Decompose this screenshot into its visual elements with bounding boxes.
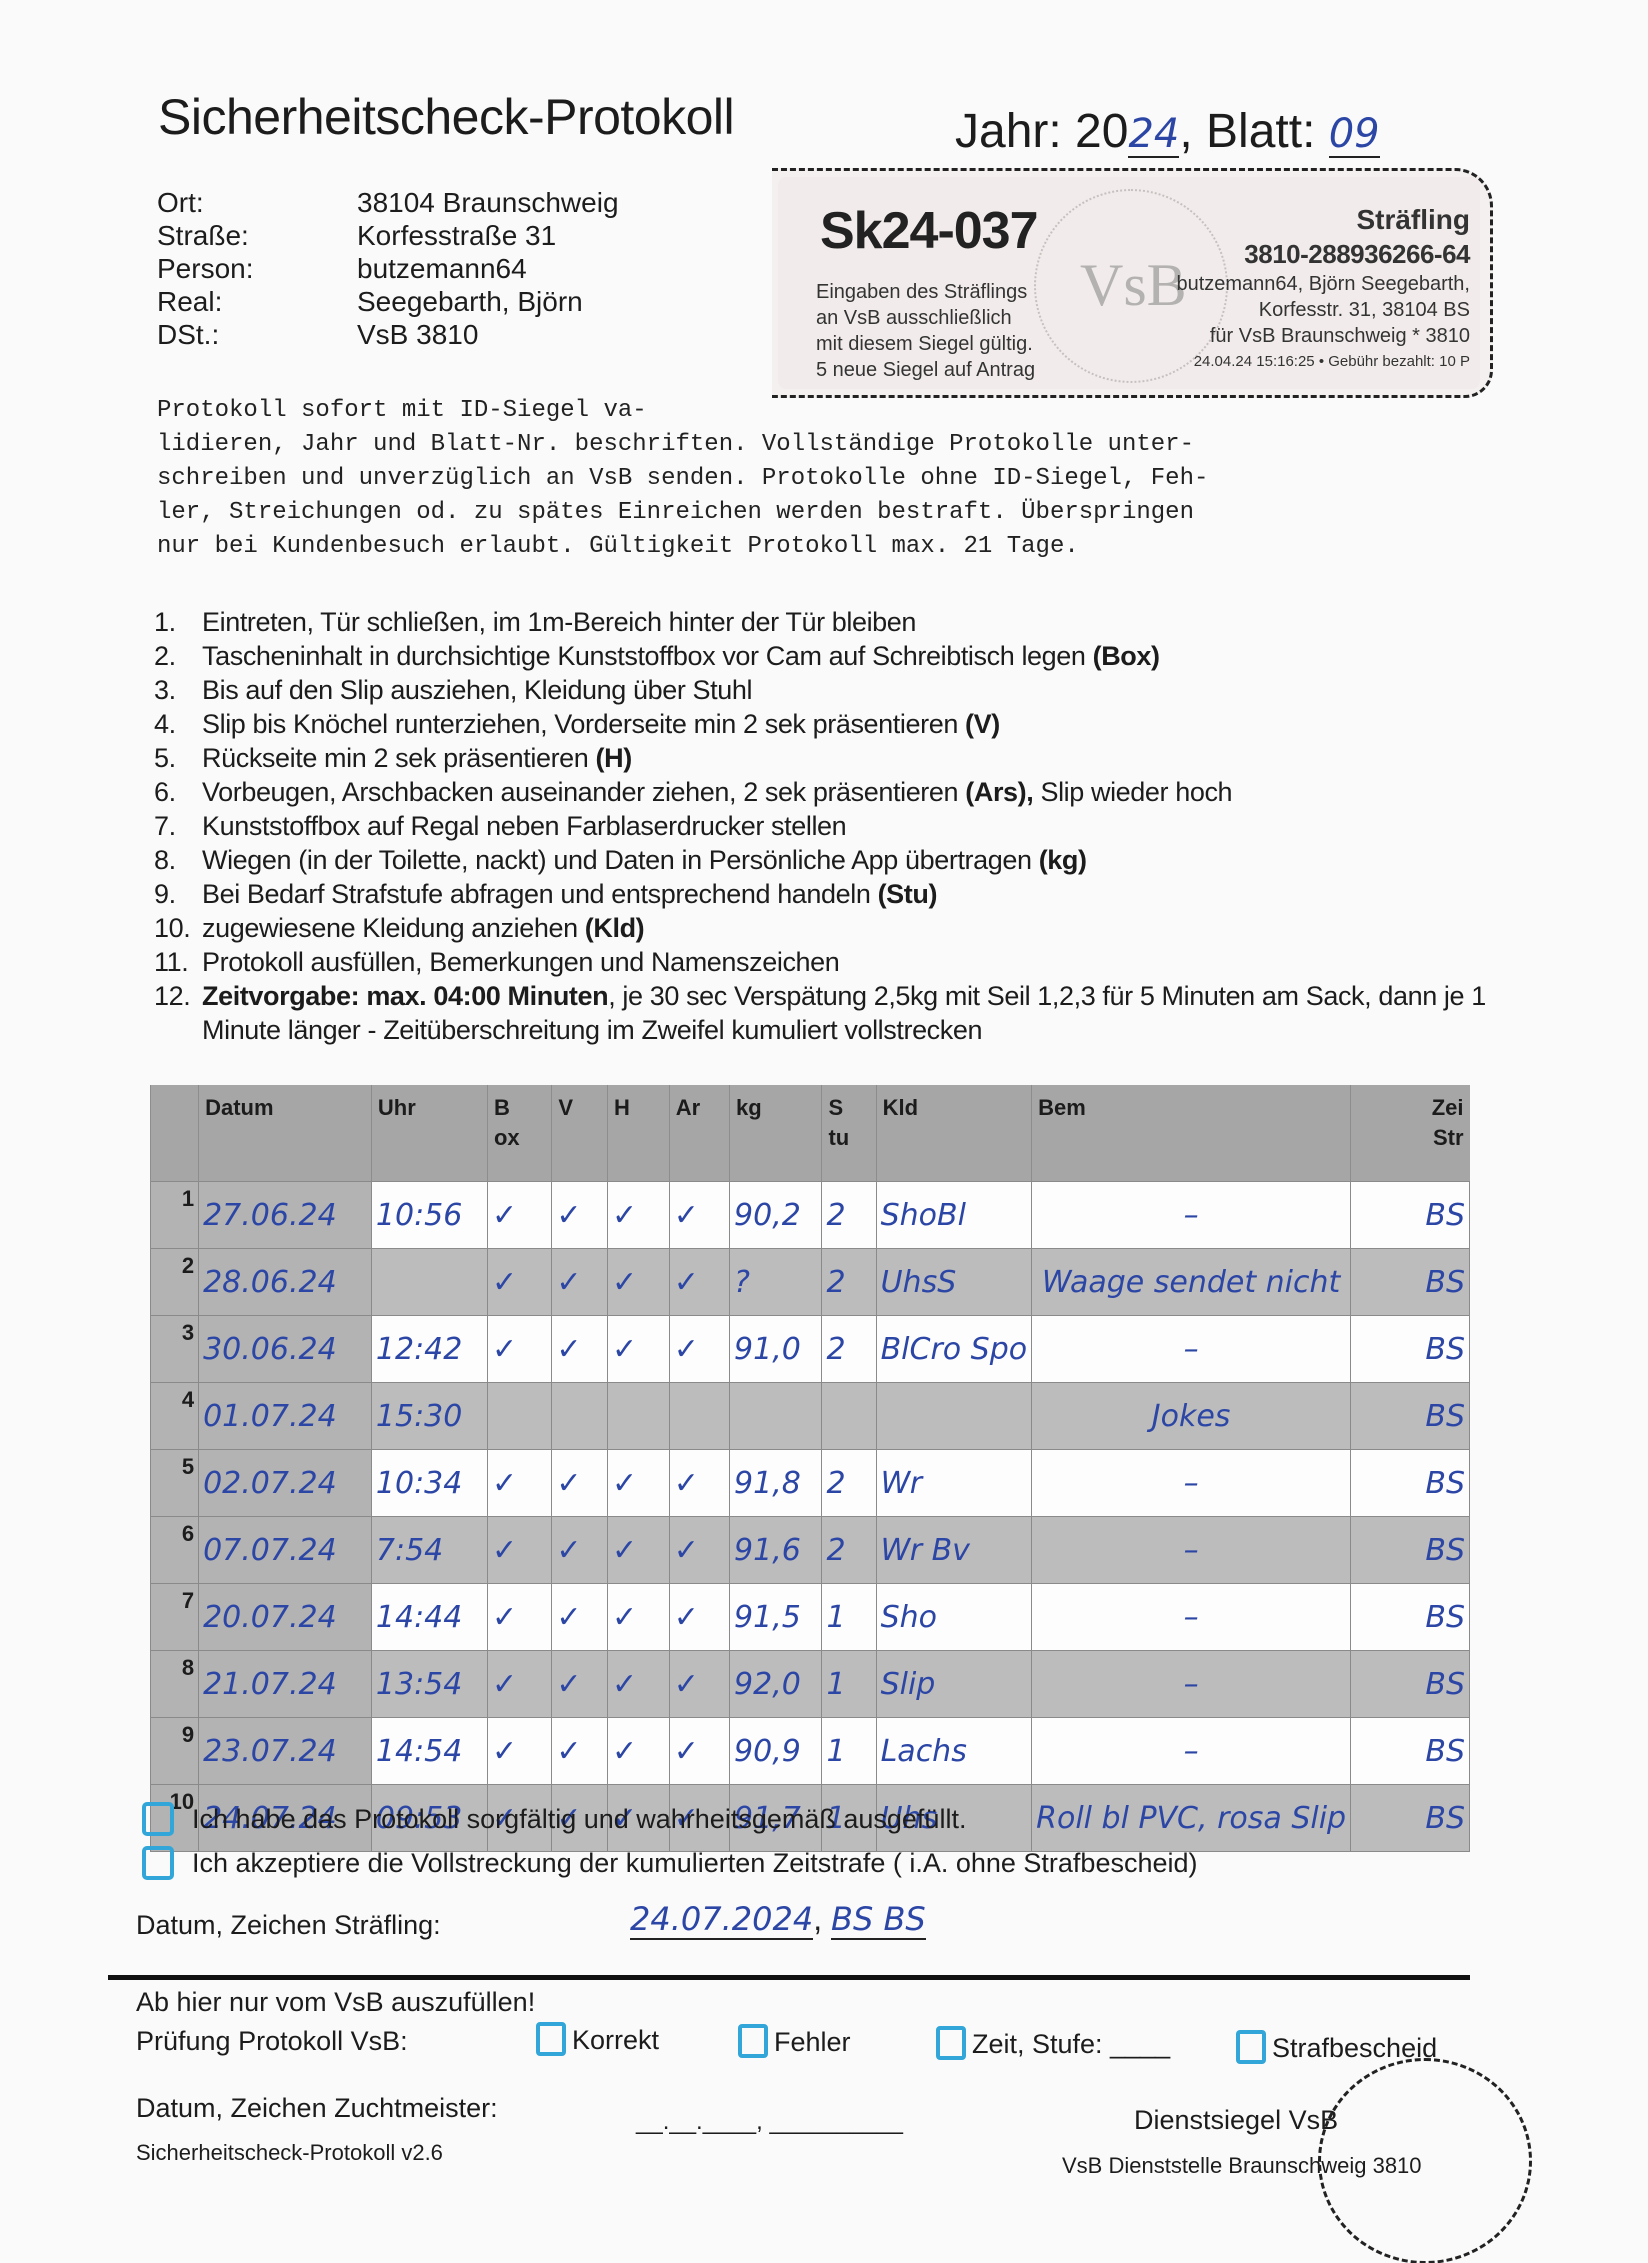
step-item: 2.Tascheninhalt in durchsichtige Kunstst… [154,639,1494,673]
handwritten-kld: Lachs [881,1734,967,1769]
info-row: Person:butzemann64 [157,252,619,285]
handwritten-v: ✓ [556,1332,581,1367]
confirm-checkbox-2[interactable]: Ich akzeptiere die Vollstreckung der kum… [142,1846,1198,1880]
handwritten-bem: – [1184,1466,1199,1501]
cell-ar[interactable]: ✓ [669,1651,729,1718]
handwritten-zei: BS [1425,1734,1465,1769]
handwritten-v: ✓ [556,1265,581,1300]
step-item: 12.Zeitvorgabe: max. 04:00 Minuten, je 3… [154,979,1494,1047]
handwritten-box: ✓ [492,1533,517,1568]
step-item: 6.Vorbeugen, Arschbacken auseinander zie… [154,775,1494,809]
cell-h[interactable]: ✓ [608,1182,670,1249]
info-value: VsB 3810 [357,318,478,351]
column-header: H [608,1085,670,1182]
step-text: Protokoll ausfüllen, Bemerkungen und Nam… [202,945,839,979]
cell-bem[interactable]: – [1032,1584,1351,1651]
handwritten-ar: ✓ [674,1198,699,1233]
column-header: V [552,1085,608,1182]
cell-uhr[interactable]: 7:54 [371,1517,487,1584]
handwritten-kg: 90,9 [734,1734,801,1769]
info-value: butzemann64 [357,252,527,285]
cell-kld[interactable]: Sho [876,1584,1032,1651]
handwritten-datum: 23.07.24 [203,1734,337,1769]
step-bold: Zeitvorgabe: max. 04:00 Minuten [202,981,608,1011]
handwritten-bem: – [1184,1198,1199,1233]
person-info: Ort:38104 BraunschweigStraße:Korfesstraß… [157,186,619,351]
cell-zei[interactable]: BS [1351,1182,1470,1249]
cell-datum[interactable]: 28.06.24 [199,1249,372,1316]
handwritten-kld: BlCro Spo [881,1332,1028,1367]
cell-h[interactable]: ✓ [608,1316,670,1383]
step-text: Wiegen (in der Toilette, nackt) und Date… [202,843,1087,877]
cell-uhr[interactable]: 10:56 [371,1182,487,1249]
handwritten-box: ✓ [492,1265,517,1300]
cell-kld[interactable]: Slip [876,1651,1032,1718]
cell-stu[interactable]: 2 [822,1517,876,1584]
step-text: Rückseite min 2 sek präsentieren (H) [202,741,632,775]
cell-box[interactable]: ✓ [487,1517,551,1584]
step-code: (H) [596,743,632,773]
step-item: 11.Protokoll ausfüllen, Bemerkungen und … [154,945,1494,979]
step-number: 10. [154,911,202,945]
cell-zei[interactable]: BS [1351,1718,1470,1785]
step-text: Slip bis Knöchel runterziehen, Vordersei… [202,707,1000,741]
step-item: 10.zugewiesene Kleidung anziehen (Kld) [154,911,1494,945]
info-row: DSt.:VsB 3810 [157,318,619,351]
seal-line: an VsB ausschließlich [816,305,1035,331]
step-item: 9.Bei Bedarf Strafstufe abfragen und ent… [154,877,1494,911]
cell-h[interactable]: ✓ [608,1517,670,1584]
confirm-checkbox-1[interactable]: Ich habe das Protokoll sorgfältig und wa… [142,1802,966,1836]
handwritten-uhr: 14:54 [376,1734,462,1769]
cell-zei[interactable]: BS [1351,1785,1470,1852]
checkbox-icon[interactable] [142,1846,174,1880]
table-row: 330.06.2412:42✓✓✓✓91,02BlCro Spo–BS [151,1316,1470,1383]
cell-ar[interactable]: ✓ [669,1718,729,1785]
cell-zei[interactable]: BS [1351,1316,1470,1383]
handwritten-zei: BS [1425,1533,1465,1568]
handwritten-datum: 07.07.24 [203,1533,337,1568]
cell-kld[interactable]: Wr Bv [876,1517,1032,1584]
handwritten-kld: ShoBl [881,1198,966,1233]
handwritten-v: ✓ [556,1466,581,1501]
seal-line: für VsB Braunschweig * 3810 [1176,323,1470,349]
cell-h[interactable]: ✓ [608,1584,670,1651]
version-label: Sicherheitscheck-Protokoll v2.6 [136,2140,443,2166]
cell-uhr[interactable]: 12:42 [371,1316,487,1383]
cell-box[interactable] [487,1383,551,1450]
handwritten-h: ✓ [612,1265,637,1300]
seal-line: mit diesem Siegel gültig. [816,331,1035,357]
cell-kg[interactable] [730,1383,822,1450]
cell-ar[interactable]: ✓ [669,1182,729,1249]
step-number: 6. [154,775,202,809]
cell-kg[interactable]: 90,2 [730,1182,822,1249]
handwritten-uhr: 14:44 [376,1600,462,1635]
cell-h[interactable]: ✓ [608,1249,670,1316]
handwritten-kld: Slip [881,1667,936,1702]
checkbox-icon[interactable] [936,2026,966,2060]
handwritten-h: ✓ [612,1332,637,1367]
step-code: (kg) [1039,845,1087,875]
row-number: 4 [151,1383,199,1450]
column-header: Kld [876,1085,1032,1182]
cell-h[interactable]: ✓ [608,1651,670,1718]
row-number: 9 [151,1718,199,1785]
handwritten-ar: ✓ [674,1667,699,1702]
handwritten-kg: 92,0 [734,1667,801,1702]
cell-datum[interactable]: 21.07.24 [199,1651,372,1718]
cell-zei[interactable]: BS [1351,1249,1470,1316]
cell-stu[interactable]: 1 [822,1651,876,1718]
step-text: zugewiesene Kleidung anziehen (Kld) [202,911,644,945]
handwritten-zei: BS [1425,1466,1465,1501]
cell-h[interactable]: ✓ [608,1718,670,1785]
info-label: Person: [157,252,357,285]
blatt-field[interactable]: 09 [1329,108,1380,158]
option-zeit-stufe[interactable]: Zeit, Stufe: ____ [936,2026,1170,2060]
row-number: 7 [151,1584,199,1651]
row-number: 3 [151,1316,199,1383]
cell-v[interactable]: ✓ [552,1517,608,1584]
cell-ar[interactable]: ✓ [669,1249,729,1316]
step-number: 12. [154,979,202,1047]
id-seal-sticker: VsB Sk24-037 Eingaben des Sträflingsan V… [772,168,1493,398]
handwritten-h: ✓ [612,1600,637,1635]
info-label: Straße: [157,219,357,252]
row-number: 2 [151,1249,199,1316]
section-divider [108,1975,1470,1980]
handwritten-uhr: 7:54 [376,1533,443,1568]
handwritten-stu: 2 [826,1332,845,1367]
cell-kg[interactable]: 91,8 [730,1450,822,1517]
cell-kg[interactable]: ? [730,1249,822,1316]
cell-datum[interactable]: 27.06.24 [199,1182,372,1249]
handwritten-box: ✓ [492,1466,517,1501]
step-item: 7.Kunststoffbox auf Regal neben Farblase… [154,809,1494,843]
cell-stu[interactable]: 1 [822,1584,876,1651]
cell-v[interactable]: ✓ [552,1182,608,1249]
step-item: 4.Slip bis Knöchel runterziehen, Vorders… [154,707,1494,741]
cell-uhr[interactable]: 14:44 [371,1584,487,1651]
info-label: Ort: [157,186,357,219]
handwritten-datum: 28.06.24 [203,1265,337,1300]
cell-uhr[interactable]: 15:30 [371,1383,487,1450]
cell-box[interactable]: ✓ [487,1249,551,1316]
handwritten-v: ✓ [556,1734,581,1769]
seal-line: Eingaben des Sträflings [816,279,1035,305]
row-number: 8 [151,1651,199,1718]
handwritten-v: ✓ [556,1198,581,1233]
cell-kld[interactable]: ShoBl [876,1182,1032,1249]
handwritten-v: ✓ [556,1533,581,1568]
cell-datum[interactable]: 07.07.24 [199,1517,372,1584]
handwritten-ar: ✓ [674,1265,699,1300]
handwritten-kg: ? [734,1265,750,1300]
cell-box[interactable]: ✓ [487,1584,551,1651]
step-code: (Kld) [585,913,644,943]
cell-v[interactable] [552,1383,608,1450]
handwritten-h: ✓ [612,1734,637,1769]
step-number: 1. [154,605,202,639]
handwritten-v: ✓ [556,1667,581,1702]
cell-uhr[interactable]: 13:54 [371,1651,487,1718]
cell-kg[interactable]: 92,0 [730,1651,822,1718]
handwritten-stu: 1 [826,1600,845,1635]
cell-ar[interactable]: ✓ [669,1517,729,1584]
step-number: 11. [154,945,202,979]
column-header: Box [487,1085,551,1182]
cell-bem[interactable]: Waage sendet nicht [1032,1249,1351,1316]
column-header: Ar [669,1085,729,1182]
cell-v[interactable]: ✓ [552,1316,608,1383]
step-text: Vorbeugen, Arschbacken auseinander ziehe… [202,775,1232,809]
handwritten-h: ✓ [612,1466,637,1501]
table-row: 821.07.2413:54✓✓✓✓92,01Slip–BS [151,1651,1470,1718]
step-number: 7. [154,809,202,843]
handwritten-h: ✓ [612,1533,637,1568]
handwritten-bem: – [1184,1734,1199,1769]
cell-kld[interactable]: Wr [876,1450,1032,1517]
cell-kld[interactable]: BlCro Spo [876,1316,1032,1383]
cell-bem[interactable]: – [1032,1450,1351,1517]
cell-zei[interactable]: BS [1351,1584,1470,1651]
info-row: Ort:38104 Braunschweig [157,186,619,219]
jahr-field[interactable]: 24 [1128,108,1179,158]
handwritten-box: ✓ [492,1667,517,1702]
handwritten-box: ✓ [492,1600,517,1635]
cell-kg[interactable]: 91,0 [730,1316,822,1383]
info-label: DSt.: [157,318,357,351]
cell-kld[interactable]: Lachs [876,1718,1032,1785]
handwritten-datum: 21.07.24 [203,1667,337,1702]
handwritten-kg: 91,8 [734,1466,801,1501]
info-value: Seegebarth, Björn [357,285,583,318]
handwritten-datum: 30.06.24 [203,1332,337,1367]
step-number: 3. [154,673,202,707]
step-number: 8. [154,843,202,877]
step-item: 8.Wiegen (in der Toilette, nackt) und Da… [154,843,1494,877]
step-item: 1.Eintreten, Tür schließen, im 1m-Bereic… [154,605,1494,639]
handwritten-uhr: 10:56 [376,1198,462,1233]
handwritten-datum: 02.07.24 [203,1466,337,1501]
checkbox-icon[interactable] [1236,2030,1266,2064]
handwritten-kld: Sho [881,1600,937,1635]
handwritten-kg: 91,5 [734,1600,801,1635]
cell-h[interactable]: ✓ [608,1450,670,1517]
handwritten-uhr: 10:34 [376,1466,462,1501]
handwritten-box: ✓ [492,1332,517,1367]
cell-kg[interactable]: 90,9 [730,1718,822,1785]
cell-zei[interactable]: BS [1351,1383,1470,1450]
page-title: Sicherheitscheck-Protokoll [158,88,734,146]
pruefung-label: Prüfung Protokoll VsB: [136,2026,408,2057]
handwritten-ar: ✓ [674,1533,699,1568]
jahr-label: Jahr: 20 [955,105,1128,158]
table-row: 923.07.2414:54✓✓✓✓90,91Lachs–BS [151,1718,1470,1785]
handwritten-bem: Roll bl PVC, rosa Slip [1036,1801,1346,1836]
handwritten-bem: – [1184,1533,1199,1568]
cell-datum[interactable]: 23.07.24 [199,1718,372,1785]
info-value: Korfesstraße 31 [357,219,556,252]
column-header: kg [730,1085,822,1182]
cell-stu[interactable]: 2 [822,1450,876,1517]
cell-zei[interactable]: BS [1351,1450,1470,1517]
step-text: Tascheninhalt in durchsichtige Kunststof… [202,639,1160,673]
cell-stu[interactable]: 2 [822,1182,876,1249]
cell-bem[interactable]: – [1032,1517,1351,1584]
seal-line: butzemann64, Björn Seegebarth, [1176,271,1470,297]
handwritten-uhr: 12:42 [376,1332,462,1367]
column-header: Datum [199,1085,372,1182]
handwritten-zei: BS [1425,1198,1465,1233]
handwritten-bem: – [1184,1332,1199,1367]
cell-v[interactable]: ✓ [552,1584,608,1651]
cell-kg[interactable]: 91,5 [730,1584,822,1651]
seal-line: Korfesstr. 31, 38104 BS [1176,297,1470,323]
signature-field[interactable]: 24.07.2024, BS BS [630,1900,926,1938]
step-code: (Ars), [965,777,1033,807]
handwritten-kg: 90,2 [734,1198,801,1233]
handwritten-stu: 2 [826,1198,845,1233]
step-item: 5.Rückseite min 2 sek präsentieren (H) [154,741,1494,775]
cell-kld[interactable]: UhsS [876,1249,1032,1316]
cell-stu[interactable]: 1 [822,1718,876,1785]
seal-line: 5 neue Siegel auf Antrag [816,357,1035,383]
cell-uhr[interactable] [371,1249,487,1316]
column-header: Stu [822,1085,876,1182]
column-header [151,1085,199,1182]
handwritten-datum: 27.06.24 [203,1198,337,1233]
cell-h[interactable] [608,1383,670,1450]
cell-v[interactable]: ✓ [552,1718,608,1785]
seal-left-text: Eingaben des Sträflingsan VsB ausschließ… [816,279,1035,383]
cell-bem[interactable]: Roll bl PVC, rosa Slip [1032,1785,1351,1852]
handwritten-datum: 20.07.24 [203,1600,337,1635]
cell-bem[interactable]: Jokes [1032,1383,1351,1450]
cell-ar[interactable]: ✓ [669,1450,729,1517]
cell-stu[interactable]: 2 [822,1249,876,1316]
cell-stu[interactable]: 2 [822,1316,876,1383]
row-number: 6 [151,1517,199,1584]
seal-placeholder-circle [1318,2058,1532,2263]
column-header: Uhr [371,1085,487,1182]
cell-uhr[interactable]: 10:34 [371,1450,487,1517]
vsb-heading: Ab hier nur vom VsB auszufüllen! [136,1984,535,2020]
cell-bem[interactable]: – [1032,1718,1351,1785]
cell-zei[interactable]: BS [1351,1517,1470,1584]
cell-zei[interactable]: BS [1351,1651,1470,1718]
step-number: 9. [154,877,202,911]
cell-datum[interactable]: 02.07.24 [199,1450,372,1517]
cell-ar[interactable] [669,1383,729,1450]
handwritten-kg: 91,6 [734,1533,801,1568]
cell-uhr[interactable]: 14:54 [371,1718,487,1785]
handwritten-box: ✓ [492,1734,517,1769]
cell-v[interactable]: ✓ [552,1450,608,1517]
handwritten-zei: BS [1425,1332,1465,1367]
handwritten-datum: 01.07.24 [203,1399,337,1434]
handwritten-ar: ✓ [674,1332,699,1367]
handwritten-zei: BS [1425,1600,1465,1635]
cell-box[interactable]: ✓ [487,1450,551,1517]
handwritten-bem: Waage sendet nicht [1042,1265,1340,1300]
cell-kg[interactable]: 91,6 [730,1517,822,1584]
cell-datum[interactable]: 01.07.24 [199,1383,372,1450]
info-row: Real:Seegebarth, Björn [157,285,619,318]
cell-datum[interactable]: 20.07.24 [199,1584,372,1651]
handwritten-kld: Wr Bv [881,1533,970,1568]
cell-bem[interactable]: – [1032,1182,1351,1249]
cell-bem[interactable]: – [1032,1316,1351,1383]
checkbox-icon[interactable] [536,2022,566,2056]
table-row: 127.06.2410:56✓✓✓✓90,22ShoBl–BS [151,1182,1470,1249]
cell-datum[interactable]: 30.06.24 [199,1316,372,1383]
table-row: 401.07.2415:30JokesBS [151,1383,1470,1450]
cell-box[interactable]: ✓ [487,1316,551,1383]
checkbox-icon[interactable] [142,1802,174,1836]
handwritten-bem: – [1184,1667,1199,1702]
column-header: Bem [1032,1085,1351,1182]
table-row: 228.06.24✓✓✓✓?2UhsSWaage sendet nichtBS [151,1249,1470,1316]
checkbox-icon[interactable] [738,2024,768,2058]
handwritten-uhr: 13:54 [376,1667,462,1702]
step-code: (V) [965,709,1000,739]
row-number: 1 [151,1182,199,1249]
cell-bem[interactable]: – [1032,1651,1351,1718]
step-text: Eintreten, Tür schließen, im 1m-Bereich … [202,605,916,639]
cell-box[interactable]: ✓ [487,1718,551,1785]
handwritten-bem: Jokes [1152,1399,1231,1434]
handwritten-kld: UhsS [881,1265,957,1300]
notice-text: Protokoll sofort mit ID-Siegel va- lidie… [157,394,1487,564]
handwritten-ar: ✓ [674,1466,699,1501]
info-row: Straße:Korfesstraße 31 [157,219,619,252]
handwritten-box: ✓ [492,1198,517,1233]
protocol-table: DatumUhrBoxVHArkgStuKldBemZeiStr 127.06.… [150,1085,1470,1852]
cell-ar[interactable]: ✓ [669,1584,729,1651]
cell-v[interactable]: ✓ [552,1651,608,1718]
handwritten-uhr: 15:30 [376,1399,462,1434]
cell-box[interactable]: ✓ [487,1651,551,1718]
table-row: 720.07.2414:44✓✓✓✓91,51Sho–BS [151,1584,1470,1651]
cell-box[interactable]: ✓ [487,1182,551,1249]
handwritten-zei: BS [1425,1399,1465,1434]
handwritten-stu: 2 [826,1533,845,1568]
handwritten-stu: 1 [826,1667,845,1702]
handwritten-ar: ✓ [674,1600,699,1635]
cell-kld[interactable] [876,1383,1032,1450]
option-fehler[interactable]: Fehler [738,2024,851,2058]
handwritten-zei: BS [1425,1801,1465,1836]
cell-ar[interactable]: ✓ [669,1316,729,1383]
cell-stu[interactable] [822,1383,876,1450]
zuchtmeister-field[interactable]: __.__.____, __________ [636,2108,903,2136]
seal-right-text: Sträfling 3810-288936266-64 butzemann64,… [1176,203,1470,375]
option-korrekt[interactable]: Korrekt [536,2022,659,2056]
seal-code: Sk24-037 [820,201,1038,261]
handwritten-stu: 2 [826,1265,845,1300]
handwritten-v: ✓ [556,1600,581,1635]
cell-v[interactable]: ✓ [552,1249,608,1316]
procedure-steps: 1.Eintreten, Tür schließen, im 1m-Bereic… [154,605,1494,1047]
step-text: Bis auf den Slip ausziehen, Kleidung übe… [202,673,752,707]
handwritten-kg: 91,0 [734,1332,801,1367]
step-text: Kunststoffbox auf Regal neben Farblaserd… [202,809,846,843]
column-header: ZeiStr [1351,1085,1470,1182]
blatt-label: , Blatt: [1179,105,1328,158]
handwritten-kld: Wr [881,1466,922,1501]
